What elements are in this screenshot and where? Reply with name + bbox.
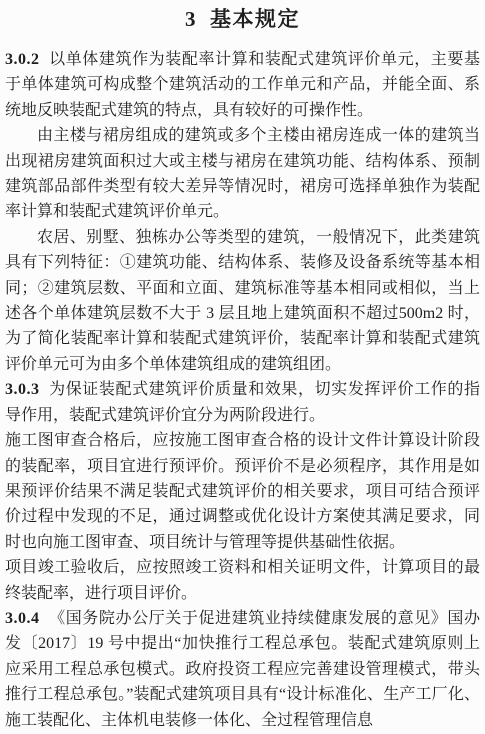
clause-paragraph-3-0-2: 3.0.2以单体建筑作为装配率计算和装配式建筑评价单元，主要基于单体建筑可构成整… xyxy=(5,47,480,123)
clause-text: 以单体建筑作为装配率计算和装配式建筑评价单元，主要基于单体建筑可构成整个建筑活动… xyxy=(5,51,480,119)
document-page: 3基本规定 3.0.2以单体建筑作为装配率计算和装配式建筑评价单元，主要基于单体… xyxy=(0,0,485,734)
document-content: 3.0.2以单体建筑作为装配率计算和装配式建筑评价单元，主要基于单体建筑可构成整… xyxy=(5,47,480,733)
page-title: 3基本规定 xyxy=(5,7,480,31)
clause-text: 《国务院办公厅关于促进建筑业持续健康发展的意见》国办发〔2017〕19 号中提出… xyxy=(5,610,480,729)
chapter-name: 基本规定 xyxy=(210,7,300,31)
clause-paragraph-3-0-4: 3.0.4《国务院办公厅关于促进建筑业持续健康发展的意见》国办发〔2017〕19… xyxy=(5,606,480,733)
clause-number: 3.0.3 xyxy=(5,381,40,398)
clause-paragraph-3-0-3: 3.0.3为保证装配式建筑评价质量和效果，切实发挥评价工作的指导作用，装配式建筑… xyxy=(5,377,480,428)
chapter-number: 3 xyxy=(185,7,197,31)
body-paragraph: 施工图审查合格后，应按施工图审查合格的设计文件计算设计阶段的装配率，项目宜进行预… xyxy=(5,428,480,555)
clause-number: 3.0.4 xyxy=(5,610,40,627)
paragraph-text: 施工图审查合格后，应按施工图审查合格的设计文件计算设计阶段的装配率，项目宜进行预… xyxy=(5,432,480,551)
body-paragraph: 项目竣工验收后，应按照竣工资料和相关证明文件，计算项目的最终装配率，进行项目评价… xyxy=(5,555,480,606)
clause-text: 为保证装配式建筑评价质量和效果，切实发挥评价工作的指导作用，装配式建筑评价宜分为… xyxy=(5,381,480,423)
clause-number: 3.0.2 xyxy=(5,51,40,68)
paragraph-text: 项目竣工验收后，应按照竣工资料和相关证明文件，计算项目的最终装配率，进行项目评价… xyxy=(5,559,480,601)
body-paragraph: 农居、别墅、独栋办公等类型的建筑，一般情况下，此类建筑具有下列特征：①建筑功能、… xyxy=(5,225,480,377)
body-paragraph: 由主楼与裙房组成的建筑或多个主楼由裙房连成一体的建筑当出现裙房建筑面积过大或主楼… xyxy=(5,123,480,225)
paragraph-text: 农居、别墅、独栋办公等类型的建筑，一般情况下，此类建筑具有下列特征：①建筑功能、… xyxy=(5,229,480,373)
paragraph-text: 由主楼与裙房组成的建筑或多个主楼由裙房连成一体的建筑当出现裙房建筑面积过大或主楼… xyxy=(5,127,480,220)
